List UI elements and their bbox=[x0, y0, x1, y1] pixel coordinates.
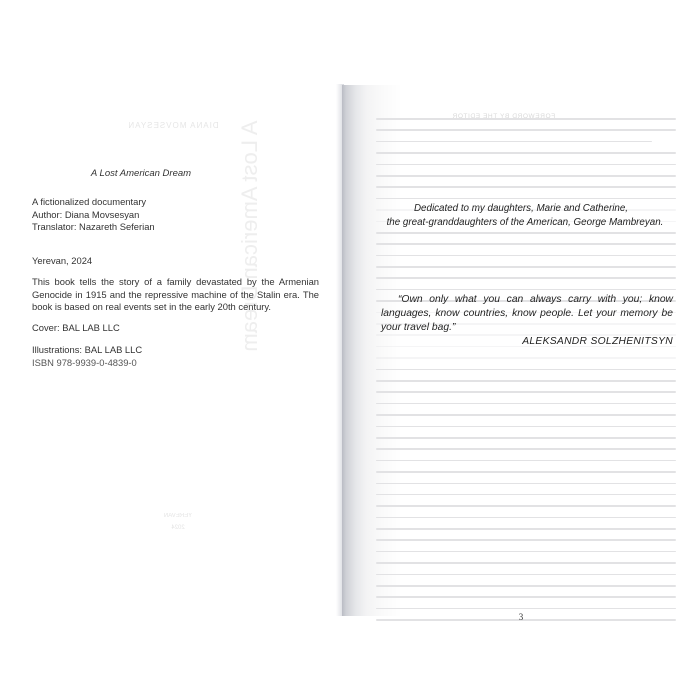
epigraph: “Own only what you can always carry with… bbox=[381, 293, 673, 349]
bleed-line bbox=[376, 562, 676, 564]
bleed-line bbox=[376, 414, 676, 416]
bleed-line bbox=[376, 437, 676, 439]
bleed-line bbox=[376, 539, 676, 541]
bleed-line bbox=[376, 232, 676, 234]
bleed-line bbox=[376, 255, 676, 257]
bleed-line bbox=[376, 483, 676, 485]
bleed-bottom-line: 2024 bbox=[148, 522, 208, 534]
page-number: 3 bbox=[342, 612, 700, 622]
bleed-line bbox=[376, 289, 676, 291]
dedication-line-1: Dedicated to my daughters, Marie and Cat… bbox=[414, 203, 628, 214]
bleed-line bbox=[376, 403, 676, 405]
bleed-line bbox=[376, 528, 676, 530]
left-page-imprint: DIANA MOVSESYAN A Lost American Dream YE… bbox=[0, 84, 342, 616]
bleed-line bbox=[376, 551, 676, 553]
bleed-line bbox=[376, 426, 676, 428]
bleed-line bbox=[376, 517, 676, 519]
bleed-line bbox=[376, 129, 676, 131]
bleed-line bbox=[376, 494, 676, 496]
right-page-dedication: FOREWORD BY THE EDITOR Dedicated to my d… bbox=[342, 85, 700, 616]
bleed-through-text bbox=[376, 118, 676, 588]
bleed-line bbox=[376, 152, 676, 154]
place-year: Yerevan, 2024 bbox=[32, 255, 92, 266]
bleed-line bbox=[376, 574, 676, 576]
epigraph-attribution: ALEKSANDR SOLZHENITSYN bbox=[381, 335, 673, 349]
bleed-line bbox=[376, 505, 676, 507]
bleed-line bbox=[376, 585, 676, 587]
dedication-line-2: the great-granddaughters of the American… bbox=[342, 216, 700, 230]
book-spread: DIANA MOVSESYAN A Lost American Dream YE… bbox=[0, 0, 700, 700]
dedication: Dedicated to my daughters, Marie and Cat… bbox=[342, 202, 700, 229]
book-title: A Lost American Dream bbox=[0, 168, 282, 179]
bleed-line bbox=[376, 471, 676, 473]
bleed-bottom-line: YEREVAN bbox=[148, 510, 208, 522]
isbn: ISBN 978-9939-0-4839-0 bbox=[32, 357, 142, 370]
bleed-line bbox=[376, 266, 676, 268]
bleed-line bbox=[376, 460, 676, 462]
bleed-through-bottom: YEREVAN 2024 bbox=[148, 510, 208, 534]
bleed-line bbox=[376, 357, 676, 359]
bleed-line bbox=[376, 277, 676, 279]
bleed-line bbox=[376, 369, 676, 371]
bleed-line bbox=[376, 448, 676, 450]
bleed-line bbox=[376, 243, 676, 245]
book-meta: A fictionalized documentary Author: Dian… bbox=[32, 196, 155, 234]
bleed-line bbox=[376, 391, 676, 393]
bleed-line bbox=[376, 141, 652, 143]
bleed-line bbox=[376, 198, 676, 200]
author-line: Author: Diana Movsesyan bbox=[32, 209, 155, 222]
translator-line: Translator: Nazareth Seferian bbox=[32, 221, 155, 234]
cover-credit: Cover: BAL LAB LLC bbox=[32, 322, 120, 333]
bleed-line bbox=[376, 118, 676, 120]
bleed-line bbox=[376, 175, 676, 177]
bleed-line bbox=[376, 608, 676, 610]
bleed-line bbox=[376, 380, 676, 382]
illustrations-credit: Illustrations: BAL LAB LLC bbox=[32, 344, 142, 357]
bleed-line bbox=[376, 596, 676, 598]
book-summary: This book tells the story of a family de… bbox=[32, 276, 319, 314]
bleed-line bbox=[376, 164, 676, 166]
epigraph-quote: “Own only what you can always carry with… bbox=[381, 293, 673, 334]
bleed-through-author: DIANA MOVSESYAN bbox=[118, 121, 228, 130]
genre-line: A fictionalized documentary bbox=[32, 196, 155, 209]
credits-block: Illustrations: BAL LAB LLC ISBN 978-9939… bbox=[32, 344, 142, 369]
bleed-line bbox=[376, 186, 676, 188]
